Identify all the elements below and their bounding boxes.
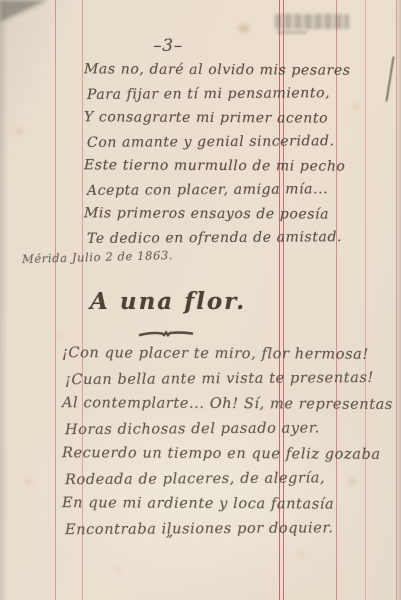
poem-line: Mis primeros ensayos de poesía xyxy=(84,201,351,226)
poem-title: A una flor. xyxy=(90,288,246,315)
poem-line: Acepta con placer, amiga mía... xyxy=(87,177,351,203)
foxing-spot xyxy=(298,551,305,557)
foxing-spot xyxy=(58,334,64,339)
poem-stanza-1: Mas no, daré al olvido mis pesares Para … xyxy=(84,58,351,250)
poem-line: Al contemplarte... Oh! Sí, me representa… xyxy=(62,391,393,418)
page-edge-shading xyxy=(0,0,8,600)
foxing-spot xyxy=(116,566,122,571)
foxing-spot xyxy=(16,128,23,134)
poem-line: Mas no, daré al olvido mis pesares xyxy=(84,57,351,82)
page-number: –3– xyxy=(138,36,198,56)
page-edge-shading xyxy=(396,0,401,600)
poem-stanza-2: ¡Con que placer te miro, flor hermosa! ¡… xyxy=(62,342,393,542)
manuscript-page: –3– Mas no, daré al olvido mis pesares P… xyxy=(0,0,401,600)
poem-line: Te dedico en ofrenda de amistad. xyxy=(87,225,351,251)
poem-line: Horas dichosas del pasado ayer. xyxy=(65,416,393,443)
faded-stamp xyxy=(277,31,307,34)
margin-rule-line xyxy=(55,0,56,600)
poem-line: ¡Cuan bella ante mi vista te presentas! xyxy=(65,366,393,393)
poem-line: Rodeada de placeres, de alegría, xyxy=(65,466,393,493)
poem-line: ¡Con que placer te miro, flor hermosa! xyxy=(62,341,393,368)
poem-line: En que mi ardiente y loca fantasía xyxy=(62,491,393,518)
foxing-spot xyxy=(238,24,250,33)
ditto-mark: „ xyxy=(166,524,174,540)
poem-line: Con amante y genial sinceridad. xyxy=(87,129,351,155)
poem-line: Recuerdo un tiempo en que feliz gozaba xyxy=(62,441,393,468)
poem-line: Encontraba ilusiones por doquier. xyxy=(65,516,393,543)
foxing-spot xyxy=(24,478,33,485)
faded-stamp xyxy=(275,14,349,29)
dateline: Mérida Julio 2 de 1863. xyxy=(22,248,173,266)
poem-line: Para fijar en tí mi pensamiento, xyxy=(87,81,351,107)
page-edge-crease xyxy=(385,56,394,102)
poem-line: Este tierno murmullo de mi pecho xyxy=(84,153,351,178)
foxing-spot xyxy=(352,104,359,110)
poem-line: Y consagrarte mi primer acento xyxy=(84,105,351,130)
